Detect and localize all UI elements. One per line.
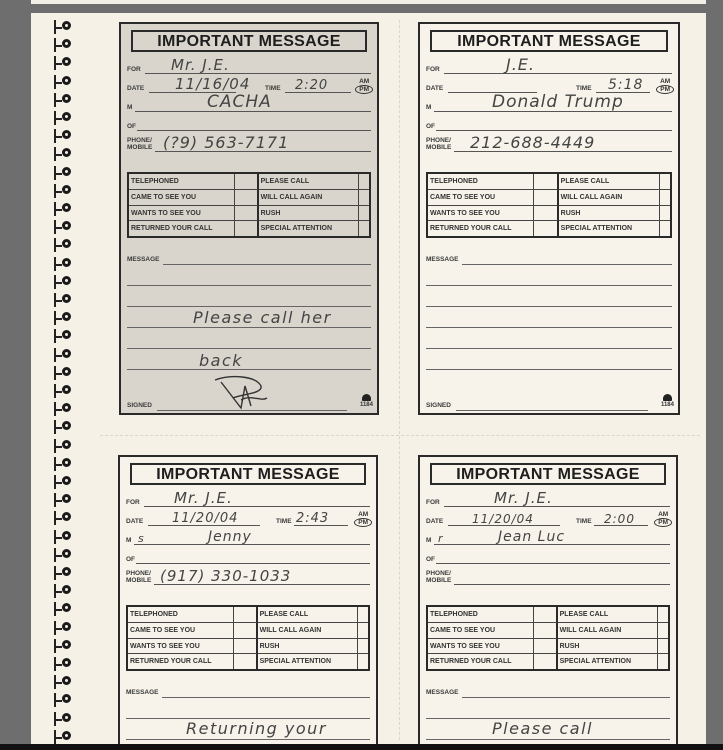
returned-your-call-label: RETURNED YOUR CALL [428, 654, 534, 669]
will-call-again-checkbox[interactable] [660, 190, 670, 206]
phone-row: PHONE/MOBILE (917) 330-1033 [126, 567, 370, 585]
spiral-coil [50, 418, 78, 434]
of-row: OF [426, 550, 670, 564]
spiral-coil [50, 309, 78, 325]
status-checkbox-grid: TELEPHONED PLEASE CALL CAME TO SEE YOU W… [126, 605, 370, 671]
m-label: M [126, 537, 131, 544]
of-label: OF [426, 123, 435, 130]
time-label: TIME [265, 85, 281, 92]
phone-label: PHONE/MOBILE [426, 570, 451, 584]
phone-value: 212-688-4449 [470, 133, 595, 152]
publisher-logo-icon [663, 394, 672, 401]
please-call-label: PLEASE CALL [559, 174, 661, 190]
status-checkbox-grid: TELEPHONED PLEASE CALL CAME TO SEE YOU W… [426, 605, 670, 671]
will-call-again-checkbox[interactable] [359, 190, 369, 206]
for-label: FOR [426, 499, 440, 506]
wants-to-see-you-label: WANTS TO SEE YOU [428, 206, 534, 222]
rush-checkbox[interactable] [359, 206, 369, 222]
will-call-again-checkbox[interactable] [358, 623, 368, 639]
m-label: M [426, 104, 431, 111]
spiral-coil [50, 600, 78, 616]
spiral-coil [50, 236, 78, 252]
returned-your-call-checkbox[interactable] [534, 654, 558, 669]
m-row: M r Jean Luc [426, 531, 670, 545]
spiral-coil [50, 582, 78, 598]
telephoned-checkbox[interactable] [234, 607, 258, 623]
message-line-1: Please call [492, 719, 593, 738]
message-label: MESSAGE [127, 256, 160, 263]
special-attention-checkbox[interactable] [660, 221, 670, 236]
came-to-see-you-checkbox[interactable] [234, 623, 258, 639]
date-value: 11/16/04 [175, 75, 250, 93]
time-value: 2:20 [295, 78, 328, 93]
m-label: M [426, 537, 431, 544]
returned-your-call-checkbox[interactable] [234, 654, 258, 669]
previous-page-edge [31, 0, 706, 4]
please-call-label: PLEASE CALL [258, 607, 359, 623]
phone-label: PHONE/MOBILE [126, 570, 151, 584]
spiral-coil [50, 710, 78, 726]
bottom-edge [0, 744, 723, 750]
time-value: 2:43 [296, 511, 329, 526]
for-value: Mr. J.E. [174, 489, 233, 507]
date-time-row: DATE 11/20/04 TIME 2:43 AMPM [126, 512, 370, 526]
please-call-checkbox[interactable] [660, 174, 670, 190]
spiral-coil [50, 564, 78, 580]
message-form-3: IMPORTANT MESSAGE FOR Mr. J.E. DATE 11/2… [118, 455, 378, 750]
spiral-coil [50, 273, 78, 289]
spiral-coil [50, 728, 78, 744]
m-row: M s Jenny [126, 531, 370, 545]
for-label: FOR [126, 499, 140, 506]
spiral-coil [50, 546, 78, 562]
phone-value: (?9) 563-7171 [163, 133, 289, 152]
telephoned-checkbox[interactable] [235, 174, 259, 190]
spiral-coil [50, 509, 78, 525]
status-checkbox-grid: TELEPHONED PLEASE CALL CAME TO SEE YOU W… [426, 172, 672, 238]
came-to-see-you-label: CAME TO SEE YOU [428, 190, 534, 206]
please-call-checkbox[interactable] [658, 607, 668, 623]
m-label: M [127, 104, 132, 111]
special-attention-label: SPECIAL ATTENTION [558, 654, 659, 669]
phone-row: PHONE/MOBILE [426, 567, 670, 585]
date-label: DATE [426, 518, 443, 525]
date-time-row: DATE 11/16/04 TIME 2:20 AMPM [127, 79, 371, 93]
telephoned-label: TELEPHONED [128, 607, 234, 623]
please-call-checkbox[interactable] [359, 174, 369, 190]
date-label: DATE [126, 518, 143, 525]
date-time-row: DATE TIME 5:18 AMPM [426, 79, 672, 93]
caller-name: Jenny [208, 529, 252, 545]
of-row: OF [126, 550, 370, 564]
message-label: MESSAGE [426, 256, 459, 263]
form-title: IMPORTANT MESSAGE [131, 30, 367, 52]
spiral-coil [50, 528, 78, 544]
special-attention-checkbox[interactable] [359, 221, 369, 236]
for-value: J.E. [506, 55, 535, 74]
please-call-label: PLEASE CALL [558, 607, 659, 623]
wants-to-see-you-label: WANTS TO SEE YOU [129, 206, 235, 222]
spiral-coil [50, 109, 78, 125]
spiral-coil [50, 291, 78, 307]
spiral-coil [50, 364, 78, 380]
special-attention-label: SPECIAL ATTENTION [259, 221, 360, 236]
wants-to-see-you-checkbox[interactable] [234, 639, 258, 655]
signature-scribble [211, 372, 271, 412]
spiral-coil [50, 655, 78, 671]
date-value: 11/20/04 [172, 511, 238, 526]
spiral-coil [50, 637, 78, 653]
spiral-coil [50, 455, 78, 471]
time-label: TIME [576, 518, 592, 525]
perforation-horizontal [100, 435, 700, 436]
for-label: FOR [426, 66, 440, 73]
spiral-coil [50, 473, 78, 489]
rush-label: RUSH [558, 639, 659, 655]
spiral-binding [50, 18, 80, 744]
time-label: TIME [276, 518, 292, 525]
will-call-again-label: WILL CALL AGAIN [258, 623, 359, 639]
am-pm-indicator: AMPM [656, 78, 674, 94]
of-label: OF [426, 556, 435, 563]
caller-name: Jean Luc [498, 529, 565, 545]
date-time-row: DATE 11/20/04 TIME 2:00 AMPM [426, 512, 670, 526]
will-call-again-label: WILL CALL AGAIN [259, 190, 360, 206]
spiral-coil [50, 218, 78, 234]
message-form-2: IMPORTANT MESSAGE FOR J.E. DATE TIME 5:1… [418, 22, 680, 415]
rush-label: RUSH [258, 639, 359, 655]
spiral-coil [50, 54, 78, 70]
form-number: 1184 [360, 394, 373, 408]
rush-label: RUSH [259, 206, 360, 222]
spiral-coil [50, 73, 78, 89]
time-value: 2:00 [604, 512, 635, 526]
phone-value: (917) 330-1033 [160, 567, 291, 585]
spiral-coil [50, 91, 78, 107]
will-call-again-checkbox[interactable] [658, 623, 668, 639]
special-attention-checkbox[interactable] [358, 654, 368, 669]
time-label: TIME [576, 85, 592, 92]
caller-name: CACHA [207, 92, 272, 112]
publisher-logo-icon [362, 394, 371, 401]
rush-checkbox[interactable] [658, 639, 668, 655]
came-to-see-you-checkbox[interactable] [235, 190, 259, 206]
for-row: FOR Mr. J.E. [127, 60, 371, 74]
phone-row: PHONE/MOBILE (?9) 563-7171 [127, 134, 371, 152]
for-value: Mr. J.E. [171, 56, 230, 74]
returned-your-call-label: RETURNED YOUR CALL [129, 221, 235, 236]
am-pm-indicator: AMPM [355, 78, 373, 94]
m-prefix: s [138, 532, 145, 545]
wants-to-see-you-checkbox[interactable] [235, 206, 259, 222]
rush-checkbox[interactable] [358, 639, 368, 655]
telephoned-label: TELEPHONED [428, 607, 534, 623]
will-call-again-label: WILL CALL AGAIN [559, 190, 661, 206]
for-row: FOR J.E. [426, 60, 672, 74]
will-call-again-label: WILL CALL AGAIN [558, 623, 659, 639]
spiral-coil [50, 255, 78, 271]
am-pm-indicator: AMPM [654, 511, 672, 527]
phone-label: PHONE/MOBILE [127, 137, 152, 151]
for-row: FOR Mr. J.E. [126, 493, 370, 507]
m-prefix: r [438, 532, 444, 545]
date-value: 11/20/04 [472, 512, 534, 526]
rush-label: RUSH [559, 206, 661, 222]
form-number: 1184 [661, 394, 674, 408]
came-to-see-you-label: CAME TO SEE YOU [129, 190, 235, 206]
date-label: DATE [426, 85, 443, 92]
telephoned-checkbox[interactable] [534, 607, 558, 623]
telephoned-label: TELEPHONED [129, 174, 235, 190]
please-call-checkbox[interactable] [358, 607, 368, 623]
spiral-coil [50, 437, 78, 453]
spiral-coil [50, 691, 78, 707]
phone-label: PHONE/MOBILE [426, 137, 451, 151]
special-attention-checkbox[interactable] [658, 654, 668, 669]
message-form-4: IMPORTANT MESSAGE FOR Mr. J.E. DATE 11/2… [418, 455, 678, 750]
for-label: FOR [127, 66, 141, 73]
returned-your-call-checkbox[interactable] [534, 221, 558, 236]
m-row: M CACHA [127, 98, 371, 112]
signed-label: SIGNED [426, 402, 451, 409]
came-to-see-you-checkbox[interactable] [534, 623, 558, 639]
message-line-1: Returning your [186, 719, 327, 738]
caller-name: Donald Trump [492, 92, 624, 112]
date-label: DATE [127, 85, 144, 92]
rush-checkbox[interactable] [660, 206, 670, 222]
spiral-coil [50, 18, 78, 34]
returned-your-call-checkbox[interactable] [235, 221, 259, 236]
spiral-coil [50, 673, 78, 689]
telephoned-label: TELEPHONED [428, 174, 534, 190]
spiral-coil [50, 400, 78, 416]
telephoned-checkbox[interactable] [534, 174, 558, 190]
spiral-coil [50, 127, 78, 143]
spiral-coil [50, 327, 78, 343]
spiral-coil [50, 164, 78, 180]
spiral-coil [50, 346, 78, 362]
special-attention-label: SPECIAL ATTENTION [258, 654, 359, 669]
spiral-coil [50, 182, 78, 198]
of-label: OF [127, 123, 136, 130]
returned-your-call-label: RETURNED YOUR CALL [428, 221, 534, 236]
time-value: 5:18 [608, 77, 643, 93]
spiral-coil [50, 491, 78, 507]
message-line-1: Please call her [193, 308, 332, 327]
m-row: M Donald Trump [426, 98, 672, 112]
special-attention-label: SPECIAL ATTENTION [559, 221, 661, 236]
came-to-see-you-label: CAME TO SEE YOU [128, 623, 234, 639]
of-row: OF [127, 117, 371, 131]
wants-to-see-you-label: WANTS TO SEE YOU [128, 639, 234, 655]
of-label: OF [126, 556, 135, 563]
message-line-2: back [199, 351, 243, 370]
wants-to-see-you-checkbox[interactable] [534, 206, 558, 222]
came-to-see-you-checkbox[interactable] [534, 190, 558, 206]
status-checkbox-grid: TELEPHONED PLEASE CALL CAME TO SEE YOU W… [127, 172, 371, 238]
spiral-coil [50, 382, 78, 398]
wants-to-see-you-label: WANTS TO SEE YOU [428, 639, 534, 655]
spiral-coil [50, 36, 78, 52]
perforation-vertical [399, 20, 400, 740]
message-label: MESSAGE [126, 689, 159, 696]
form-title: IMPORTANT MESSAGE [430, 463, 666, 485]
spiral-coil [50, 145, 78, 161]
message-label: MESSAGE [426, 689, 459, 696]
form-title: IMPORTANT MESSAGE [430, 30, 668, 52]
spiral-coil [50, 619, 78, 635]
am-pm-indicator: AMPM [354, 511, 372, 527]
for-row: FOR Mr. J.E. [426, 493, 670, 507]
form-title: IMPORTANT MESSAGE [130, 463, 366, 485]
please-call-label: PLEASE CALL [259, 174, 360, 190]
wants-to-see-you-checkbox[interactable] [534, 639, 558, 655]
for-value: Mr. J.E. [494, 489, 553, 507]
spiral-coil [50, 200, 78, 216]
of-row: OF [426, 117, 672, 131]
phone-row: PHONE/MOBILE 212-688-4449 [426, 134, 672, 152]
came-to-see-you-label: CAME TO SEE YOU [428, 623, 534, 639]
returned-your-call-label: RETURNED YOUR CALL [128, 654, 234, 669]
signed-label: SIGNED [127, 402, 152, 409]
message-form-1: IMPORTANT MESSAGE FOR Mr. J.E. DATE 11/1… [119, 22, 379, 415]
